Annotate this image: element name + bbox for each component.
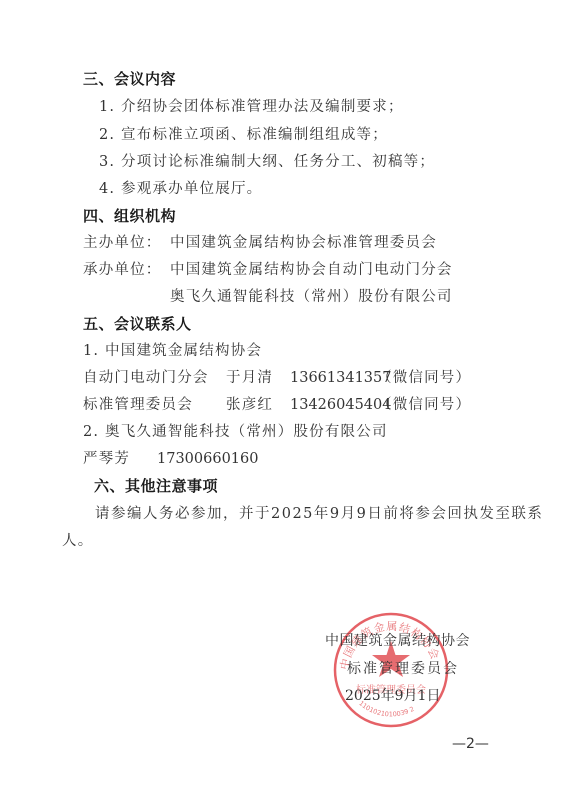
organizer-label: 承办单位： xyxy=(83,261,162,279)
contact-name: 张彦红 xyxy=(226,396,273,414)
contact-note: （微信同号） xyxy=(377,396,471,414)
signature-org: 中国建筑金属结构协会 xyxy=(325,632,470,650)
contact-dept: 标准管理委员会 xyxy=(83,396,193,414)
signature-committee: 标准管理委员会 xyxy=(347,660,459,678)
contact-dept: 自动门电动门分会 xyxy=(83,369,209,387)
content-item-2: 2. 宣布标准立项函、标准编制组组成等； xyxy=(99,126,388,144)
organizer-1: 中国建筑金属结构协会自动门电动门分会 xyxy=(170,261,453,279)
signature-date: 2025年9月1日 xyxy=(345,687,440,705)
organizer-2: 奥飞久通智能科技（常州）股份有限公司 xyxy=(170,288,453,306)
section-heading-notes: 六、其他注意事项 xyxy=(94,477,218,495)
contact-note: （微信同号） xyxy=(377,369,471,387)
content-item-1: 1. 介绍协会团体标准管理办法及编制要求； xyxy=(99,98,404,116)
section-heading-organization: 四、组织机构 xyxy=(83,207,176,225)
content-item-4: 4. 参观承办单位展厅。 xyxy=(99,180,262,198)
section-heading-content: 三、会议内容 xyxy=(83,70,176,88)
contact-phone: 17300660160 xyxy=(157,450,258,468)
notes-body-line2: 人。 xyxy=(62,532,93,550)
contact-name: 严琴芳 xyxy=(83,450,130,468)
page-number: —2— xyxy=(452,736,489,752)
host-label: 主办单位： xyxy=(83,234,162,252)
contact-group2-title: 2. 奥飞久通智能科技（常州）股份有限公司 xyxy=(83,423,388,441)
section-heading-contacts: 五、会议联系人 xyxy=(83,315,192,333)
content-item-3: 3. 分项讨论标准编制大纲、任务分工、初稿等； xyxy=(99,153,435,171)
notes-body-line1: 请参编人务必参加，并于2025年9月9日前将参会回执发至联系 xyxy=(95,505,543,523)
host-value: 中国建筑金属结构协会标准管理委员会 xyxy=(170,234,437,252)
contact-group1-title: 1. 中国建筑金属结构协会 xyxy=(83,342,262,360)
contact-name: 于月清 xyxy=(226,369,273,387)
